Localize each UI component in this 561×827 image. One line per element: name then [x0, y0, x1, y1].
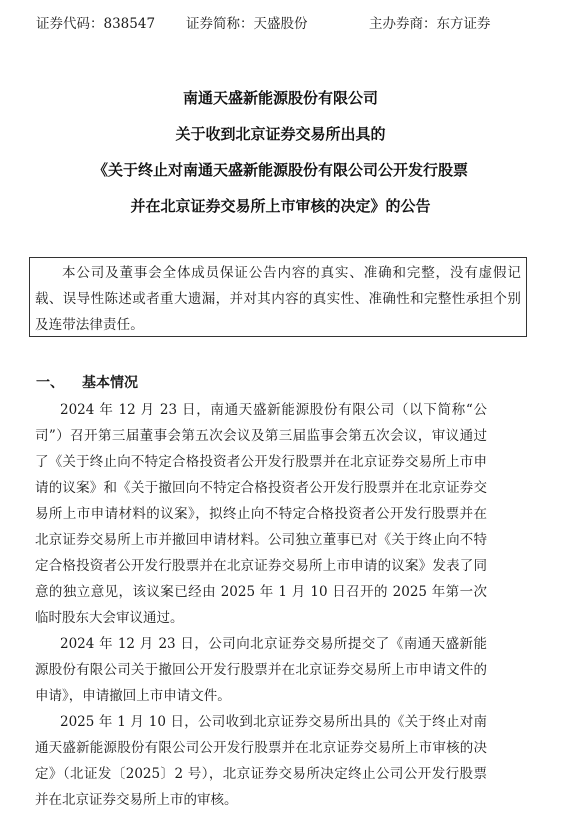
- title-line-4: 并在北京证券交易所上市审核的决定》的公告: [0, 188, 561, 224]
- section-number: 一、: [36, 372, 82, 394]
- section-body: 2024 年 12 月 23 日，南通天盛新能源股份有限公司（以下简称“公司”）…: [35, 397, 487, 813]
- title-line-1: 南通天盛新能源股份有限公司: [0, 80, 561, 116]
- board-guarantee-notice: 本公司及董事会全体成员保证公告内容的真实、准确和完整，没有虚假记载、误导性陈述或…: [29, 257, 527, 337]
- stock-code: 证券代码：838547: [36, 14, 155, 34]
- sponsor-broker: 主办券商：东方证券: [369, 14, 491, 34]
- section-heading: 一、基本情况: [36, 372, 138, 394]
- paragraph-2: 2024 年 12 月 23 日，公司向北京证券交易所提交了《南通天盛新能源股份…: [35, 631, 487, 709]
- document-title: 南通天盛新能源股份有限公司 关于收到北京证券交易所出具的 《关于终止对南通天盛新…: [0, 80, 561, 224]
- section-title: 基本情况: [82, 375, 138, 391]
- paragraph-3: 2025 年 1 月 10 日，公司收到北京证券交易所出具的《关于终止对南通天盛…: [35, 709, 487, 813]
- document-header: 证券代码：838547 证券简称：天盛股份 主办券商：东方证券: [0, 14, 561, 34]
- notice-text: 本公司及董事会全体成员保证公告内容的真实、准确和完整，没有虚假记载、误导性陈述或…: [35, 260, 521, 338]
- stock-abbreviation: 证券简称：天盛股份: [186, 14, 308, 34]
- title-line-2: 关于收到北京证券交易所出具的: [0, 116, 561, 152]
- paragraph-1: 2024 年 12 月 23 日，南通天盛新能源股份有限公司（以下简称“公司”）…: [35, 397, 487, 631]
- title-line-3: 《关于终止对南通天盛新能源股份有限公司公开发行股票: [0, 152, 561, 188]
